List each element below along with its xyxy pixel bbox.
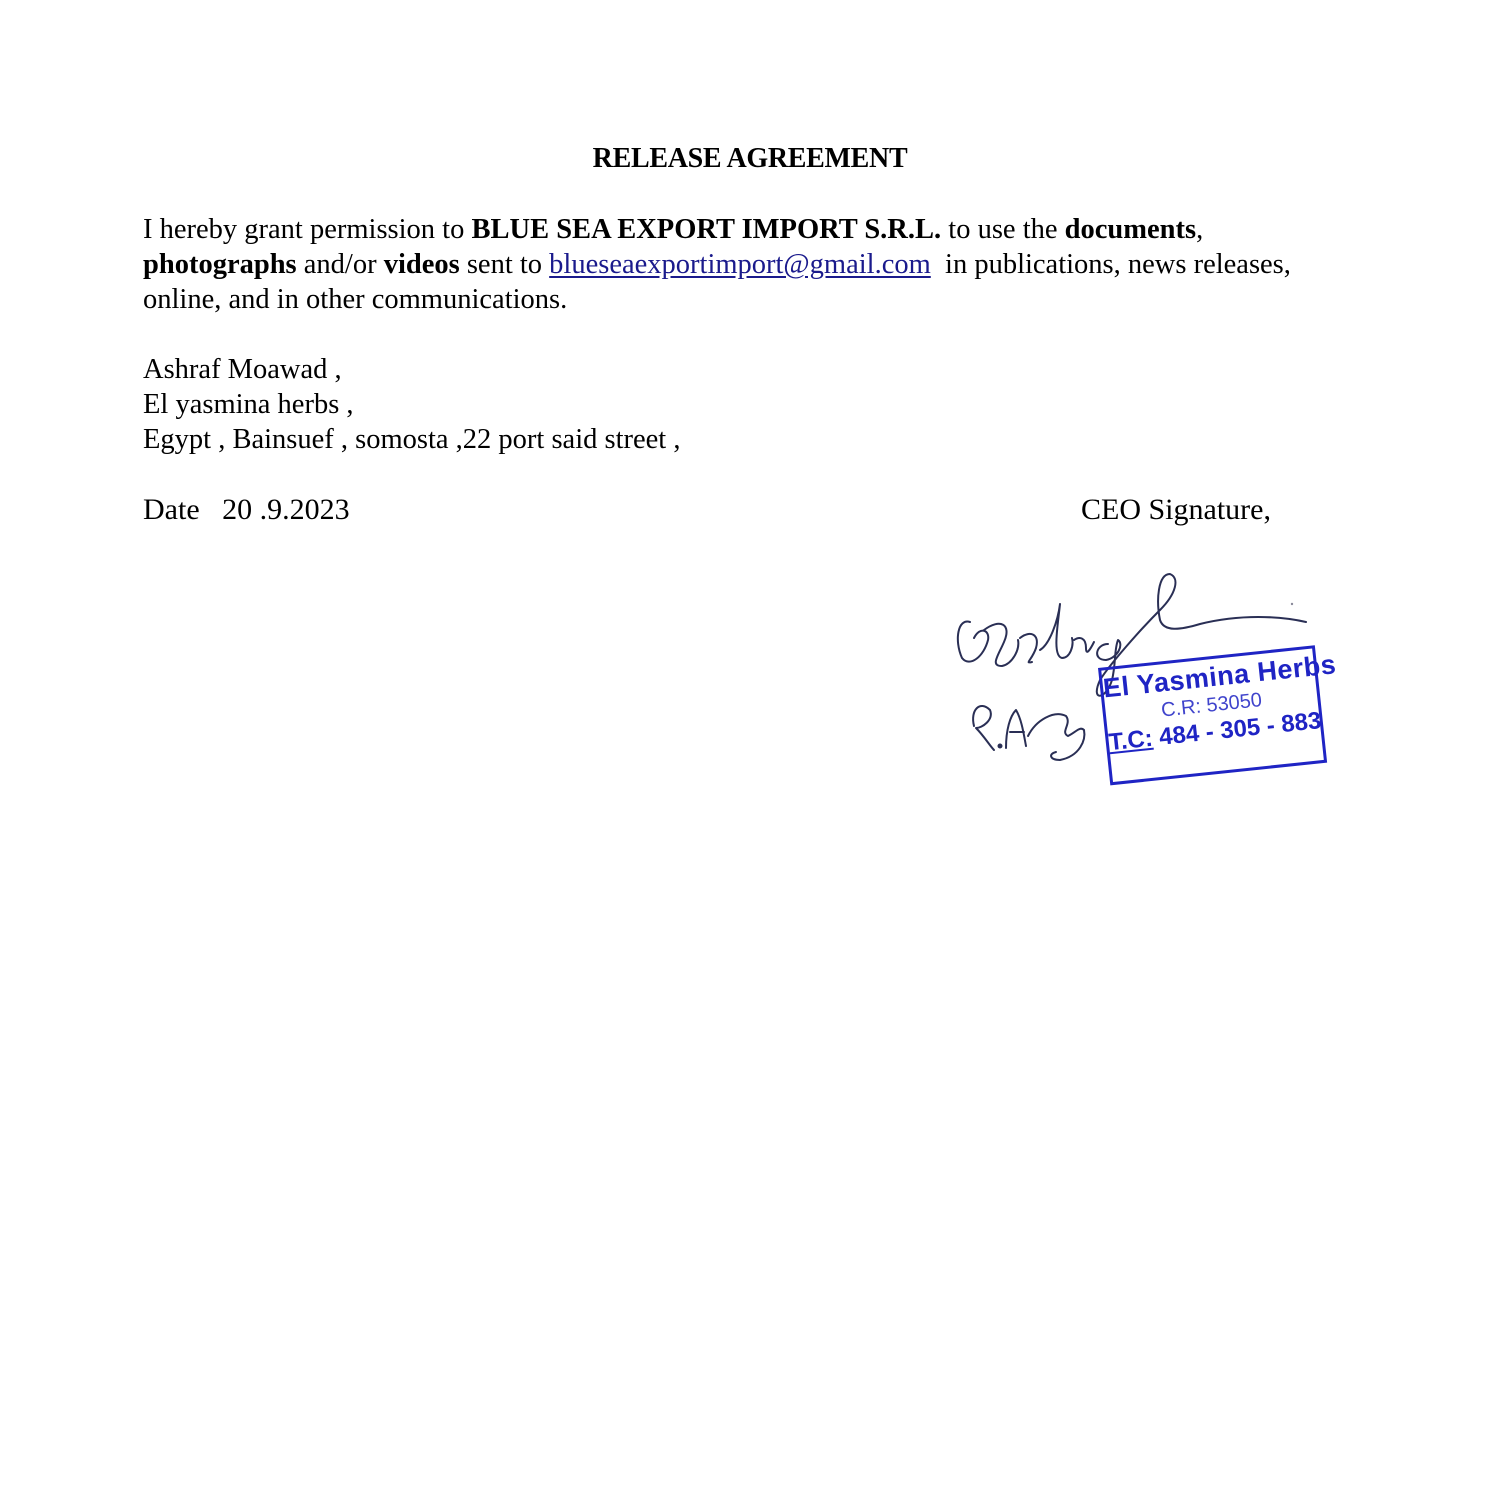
date-label: Date	[143, 493, 200, 526]
signature-area: El Yasmina Herbs C.R: 53050 T.C: 484 - 3…	[940, 560, 1340, 810]
company-stamp: El Yasmina Herbs C.R: 53050 T.C: 484 - 3…	[1098, 645, 1327, 785]
company-name: BLUE SEA EXPORT IMPORT S.R.L.	[471, 214, 941, 245]
body-text: sent to	[460, 249, 549, 280]
signer-location: Egypt , Bainsuef , somosta ,22 port said…	[143, 422, 680, 457]
document-page: RELEASE AGREEMENT I hereby grant permiss…	[0, 0, 1500, 1500]
photographs-term: photographs	[143, 249, 297, 280]
body-text: to use the	[941, 214, 1064, 245]
signature-label: CEO Signature,	[1081, 492, 1271, 528]
signer-company: El yasmina herbs ,	[143, 387, 680, 422]
document-title: RELEASE AGREEMENT	[0, 143, 1500, 175]
release-paragraph: I hereby grant permission to BLUE SEA EX…	[143, 212, 1303, 317]
date-value: 20 .9.2023	[222, 493, 350, 526]
body-text: ,	[1196, 214, 1203, 245]
email-link[interactable]: blueseaexportimport@gmail.com	[549, 249, 931, 280]
address-block: Ashraf Moawad , El yasmina herbs , Egypt…	[143, 352, 680, 457]
videos-term: videos	[384, 249, 460, 280]
body-text: and/or	[297, 249, 384, 280]
stamp-tc-label: T.C:	[1107, 725, 1154, 756]
body-text: I hereby grant permission to	[143, 214, 471, 245]
signer-name: Ashraf Moawad ,	[143, 352, 680, 387]
documents-term: documents	[1065, 214, 1196, 245]
date-line: Date 20 .9.2023	[143, 492, 350, 528]
